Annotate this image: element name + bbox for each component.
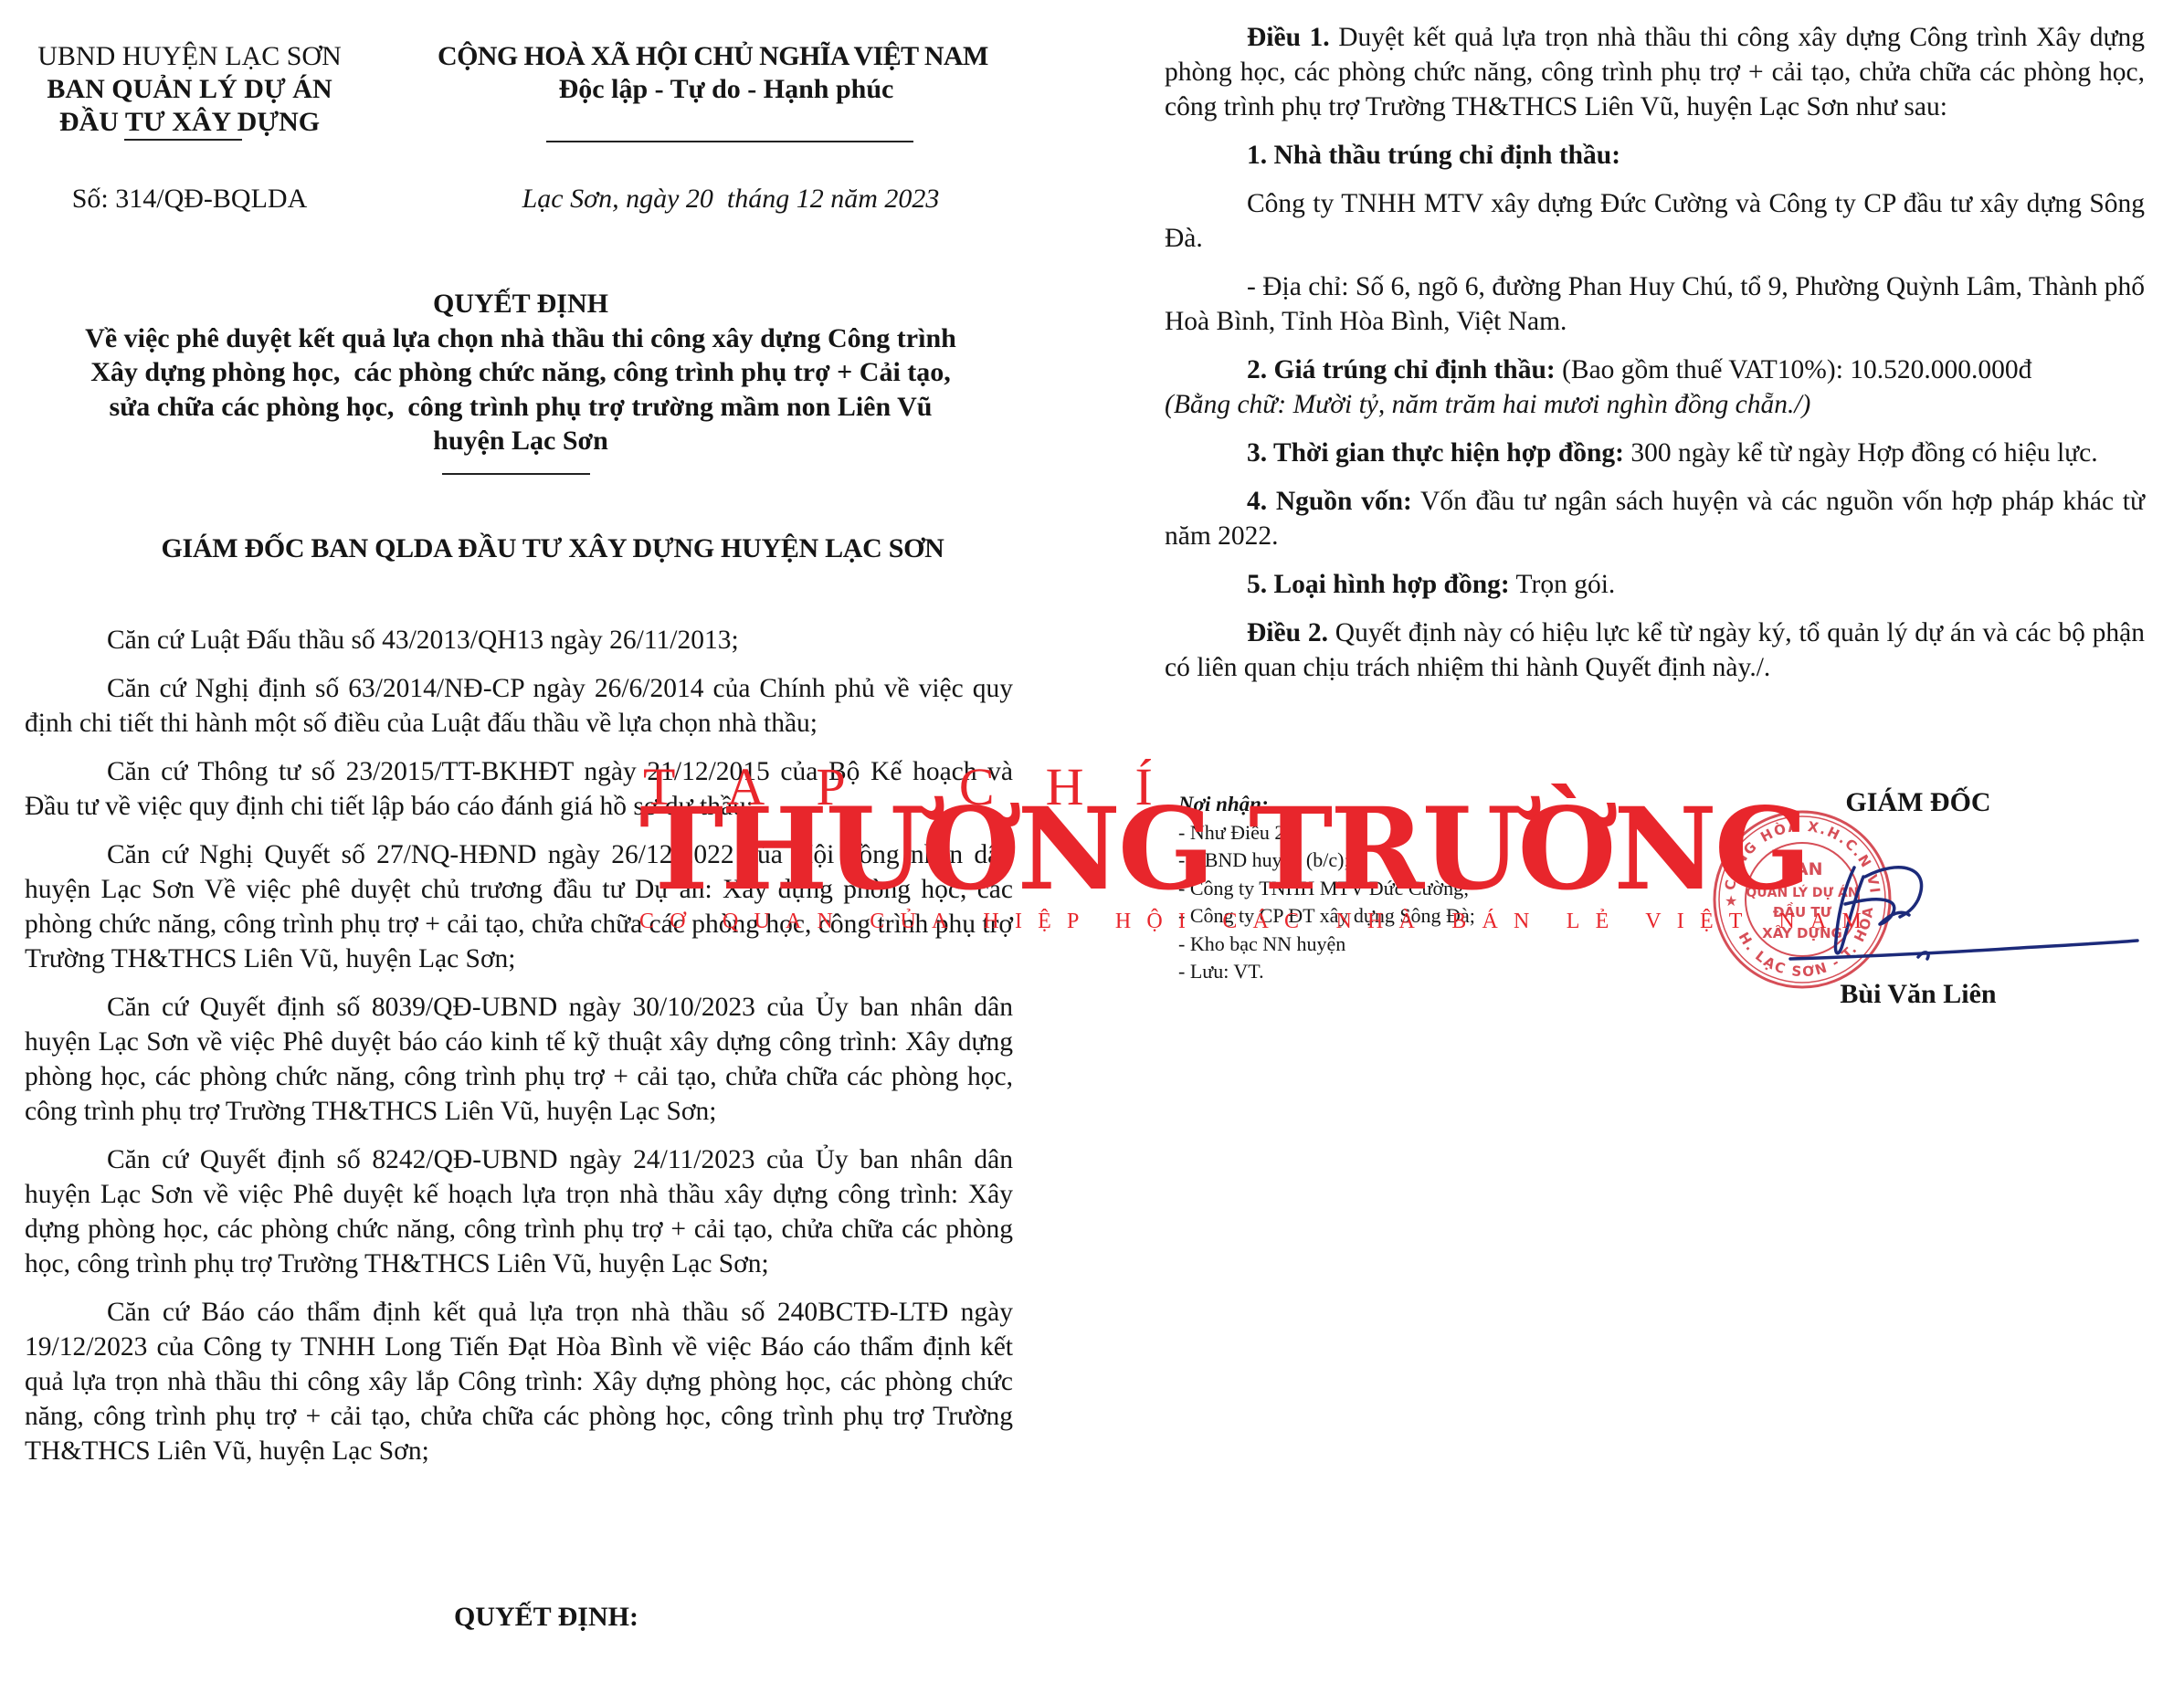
motto-underline [546,141,913,142]
legal-basis: Căn cứ Quyết định số 8242/QĐ-UBND ngày 2… [25,1142,1013,1281]
contract-price: 2. Giá trúng chỉ định thầu: (Bao gồm thu… [1165,352,2145,387]
decision-subject-line: huyện Lạc Sơn [18,424,1023,458]
agency-underline [124,139,242,141]
place-and-date: Lạc Sơn, ngày 20 tháng 12 năm 2023 [475,183,986,216]
handwritten-signature-icon [1781,849,2147,977]
decision-articles: Điều 1. Duyệt kết quả lựa trọn nhà thầu … [1165,20,2145,699]
legal-bases: Căn cứ Luật Đấu thầu số 43/2013/QH13 ngà… [25,623,1013,1482]
winning-contractor: Công ty TNHH MTV xây dựng Đức Cường và C… [1165,186,2145,256]
contract-duration: 3. Thời gian thực hiện hợp đồng: 300 ngà… [1165,436,2145,470]
decision-title: QUYẾT ĐỊNH [18,287,1023,321]
contractor-address: - Địa chỉ: Số 6, ngõ 6, đường Phan Huy C… [1165,269,2145,339]
funding-source-label: 4. Nguồn vốn: [1247,487,1412,516]
contract-price-label: 2. Giá trúng chỉ định thầu: [1247,355,1556,384]
contract-duration-value: 300 ngày kể từ ngày Hợp đồng có hiệu lực… [1624,438,2098,468]
decision-subject-line: Về việc phê duyệt kết quả lựa chọn nhà t… [18,321,1023,356]
recipients-list: Nơi nhận: - Như Điều 2; - UBND huyện (b/… [1178,791,1475,986]
signer-name: Bùi Văn Liên [1790,979,2046,1010]
decide-heading: QUYẾT ĐỊNH: [364,1602,729,1633]
article-1-label: Điều 1. [1247,23,1330,52]
decision-title-block: QUYẾT ĐỊNH Về việc phê duyệt kết quả lựa… [18,287,1023,458]
svg-text:★: ★ [1725,892,1737,910]
article-2: Điều 2. Quyết định này có hiệu lực kể từ… [1165,615,2145,685]
contract-price-value: (Bao gồm thuế VAT10%): 10.520.000.000đ [1556,355,2032,384]
article-2-label: Điều 2. [1247,618,1328,647]
recipient-item: - Công ty TNHH MTV Đức Cường; [1178,875,1475,903]
contract-type-value: Trọn gói. [1510,570,1616,599]
agency-name-line1: BAN QUẢN LÝ DỰ ÁN [23,73,356,106]
contract-type-label: 5. Loại hình hợp đồng: [1247,570,1510,599]
contract-type: 5. Loại hình hợp đồng: Trọn gói. [1165,567,2145,602]
agency-parent: UBND HUYỆN LẠC SƠN [23,40,356,73]
funding-source: 4. Nguồn vốn: Vốn đầu tư ngân sách huyện… [1165,484,2145,553]
title-underline [442,473,590,475]
winning-contractor-label: 1. Nhà thầu trúng chỉ định thầu: [1165,138,2145,173]
legal-basis: Căn cứ Nghị Quyết số 27/NQ-HĐND ngày 26/… [25,837,1013,976]
legal-basis: Căn cứ Nghị định số 63/2014/NĐ-CP ngày 2… [25,671,1013,741]
recipient-item: - UBND huyện (b/c); [1178,847,1475,875]
recipient-item: - Công ty CP ĐT xây dựng Sông Đà; [1178,902,1475,931]
contract-price-in-words: (Bằng chữ: Mười tỷ, năm trăm hai mươi ng… [1165,387,2145,422]
recipient-item: - Lưu: VT. [1178,958,1475,986]
national-header: CỘNG HOÀ XÃ HỘI CHỦ NGHĨA VIỆT NAM Độc l… [438,40,1012,106]
national-motto: Độc lập - Tự do - Hạnh phúc [438,73,1012,106]
document-number: Số: 314/QĐ-BQLDA [23,183,356,216]
decision-subject-line: sửa chữa các phòng học, công trình phụ t… [18,390,1023,425]
recipient-item: - Kho bạc NN huyện [1178,931,1475,959]
nation-name: CỘNG HOÀ XÃ HỘI CHỦ NGHĨA VIỆT NAM [438,40,1012,73]
legal-basis: Căn cứ Báo cáo thẩm định kết quả lựa trọ… [25,1295,1013,1468]
legal-basis: Căn cứ Luật Đấu thầu số 43/2013/QH13 ngà… [25,623,1013,657]
recipients-title: Nơi nhận: [1178,791,1475,819]
legal-basis: Căn cứ Quyết định số 8039/QĐ-UBND ngày 3… [25,990,1013,1129]
recipient-item: - Như Điều 2; [1178,819,1475,847]
legal-basis: Căn cứ Thông tư số 23/2015/TT-BKHĐT ngày… [25,754,1013,824]
issuing-authority: GIÁM ĐỐC BAN QLDA ĐẦU TƯ XÂY DỰNG HUYỆN … [18,533,1087,564]
decision-subject-line: Xây dựng phòng học, các phòng chức năng,… [18,355,1023,390]
contract-duration-label: 3. Thời gian thực hiện hợp đồng: [1247,438,1624,468]
agency-name-line2: ĐẦU TƯ XÂY DỰNG [23,106,356,139]
issuing-agency: UBND HUYỆN LẠC SƠN BAN QUẢN LÝ DỰ ÁN ĐẦU… [23,40,356,139]
article-1: Điều 1. Duyệt kết quả lựa trọn nhà thầu … [1165,20,2145,124]
